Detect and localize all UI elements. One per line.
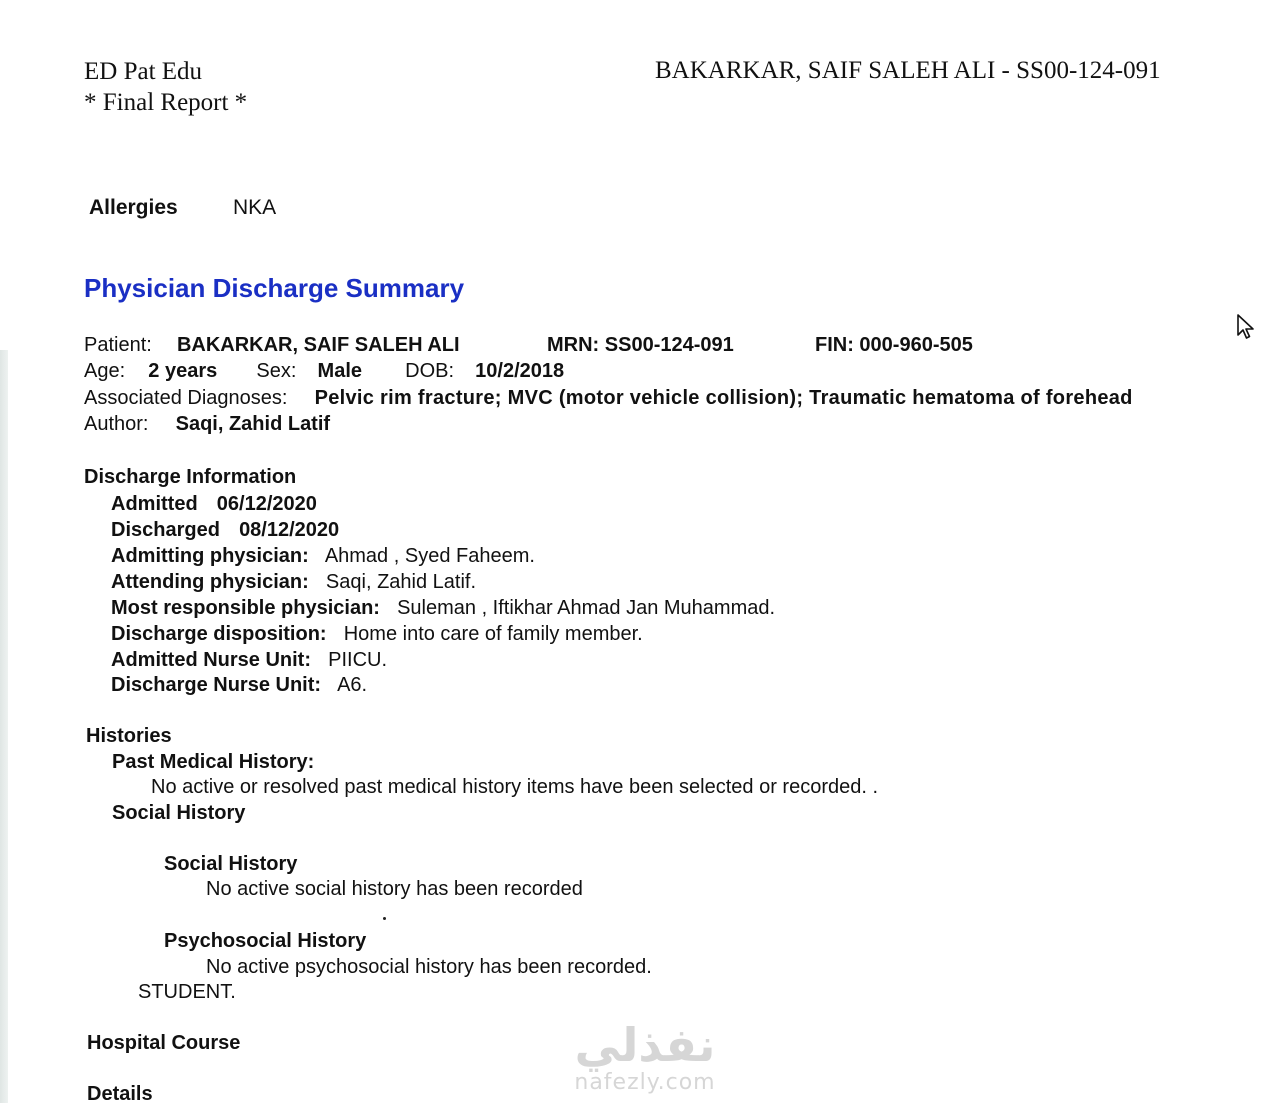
stray-dot: [383, 917, 386, 920]
admitted-nurse-unit-label: Admitted Nurse Unit:: [111, 649, 311, 671]
discharge-admitting-physician: Admitting physician: Ahmad , Syed Faheem…: [111, 545, 535, 568]
psychosocial-history-value: No active psychosocial history has been …: [206, 956, 652, 979]
patient-name: BAKARKAR, SAIF SALEH ALI: [177, 334, 460, 356]
social-history-value: No active social history has been record…: [206, 878, 583, 901]
author-value: Saqi, Zahid Latif: [176, 413, 330, 435]
report-status: * Final Report *: [84, 89, 247, 117]
admitting-physician-value: Ahmad , Syed Faheem.: [325, 545, 535, 567]
patient-banner: BAKARKAR, SAIF SALEH ALI - SS00-124-091: [655, 57, 1161, 85]
discharge-admitted-nurse-unit: Admitted Nurse Unit: PIICU.: [111, 649, 387, 672]
past-medical-history-label: Past Medical History:: [112, 751, 314, 774]
histories-heading: Histories: [86, 725, 172, 748]
page-edge-shadow: [0, 350, 8, 1103]
mrn: MRN: SS00-124-091: [547, 334, 734, 357]
demographics-row: Age: 2 years Sex: Male DOB: 10/2/2018: [84, 360, 564, 383]
dob-value: 10/2/2018: [475, 360, 564, 382]
discharge-disposition-value: Home into care of family member.: [344, 623, 643, 645]
sex-value: Male: [318, 360, 362, 382]
mouse-cursor-icon: [1236, 313, 1256, 341]
discharge-most-responsible-physician: Most responsible physician: Suleman , If…: [111, 597, 775, 620]
most-responsible-physician-label: Most responsible physician:: [111, 597, 380, 619]
discharge-info-heading: Discharge Information: [84, 466, 296, 489]
attending-physician-label: Attending physician:: [111, 571, 309, 593]
admitting-physician-label: Admitting physician:: [111, 545, 309, 567]
past-medical-history-value: No active or resolved past medical histo…: [151, 776, 878, 799]
discharged-label: Discharged: [111, 519, 220, 541]
occupation: STUDENT.: [138, 981, 236, 1004]
sex-label: Sex:: [256, 360, 296, 382]
discharge-nurse-unit-label: Discharge Nurse Unit:: [111, 674, 321, 696]
admitted-label: Admitted: [111, 493, 198, 515]
document-type: ED Pat Edu: [84, 58, 202, 86]
watermark-latin: nafezly.com: [560, 1070, 730, 1096]
patient-row: Patient: BAKARKAR, SAIF SALEH ALI: [84, 334, 460, 357]
dob-label: DOB:: [405, 360, 454, 382]
allergies-label: Allergies: [89, 196, 178, 220]
diagnoses-row: Associated Diagnoses: Pelvic rim fractur…: [84, 387, 1133, 410]
discharge-nurse-unit-value: A6.: [337, 674, 367, 696]
age-label: Age:: [84, 360, 125, 382]
social-history-sub-label: Social History: [164, 853, 297, 876]
discharged-value: 08/12/2020: [239, 519, 339, 541]
discharge-attending-physician: Attending physician: Saqi, Zahid Latif.: [111, 571, 476, 594]
page-title: Physician Discharge Summary: [84, 273, 464, 304]
admitted-value: 06/12/2020: [217, 493, 317, 515]
discharge-discharged: Discharged 08/12/2020: [111, 519, 339, 542]
watermark: نفذلي nafezly.com: [560, 1020, 730, 1096]
hospital-course-heading: Hospital Course: [87, 1032, 240, 1055]
diagnoses-value: Pelvic rim fracture; MVC (motor vehicle …: [315, 387, 1133, 409]
details-heading: Details: [87, 1083, 153, 1103]
diagnoses-label: Associated Diagnoses:: [84, 387, 287, 409]
social-history-label: Social History: [112, 802, 245, 825]
watermark-arabic: نفذلي: [560, 1020, 730, 1070]
psychosocial-history-label: Psychosocial History: [164, 930, 366, 953]
patient-label: Patient:: [84, 334, 152, 356]
age-value: 2 years: [148, 360, 217, 382]
author-label: Author:: [84, 413, 148, 435]
fin: FIN: 000-960-505: [815, 334, 973, 357]
allergies-value: NKA: [233, 196, 276, 220]
discharge-admitted: Admitted 06/12/2020: [111, 493, 317, 516]
discharge-nurse-unit: Discharge Nurse Unit: A6.: [111, 674, 367, 697]
discharge-disposition: Discharge disposition: Home into care of…: [111, 623, 643, 646]
author-row: Author: Saqi, Zahid Latif: [84, 413, 330, 436]
discharge-disposition-label: Discharge disposition:: [111, 623, 327, 645]
admitted-nurse-unit-value: PIICU.: [328, 649, 387, 671]
most-responsible-physician-value: Suleman , Iftikhar Ahmad Jan Muhammad.: [397, 597, 775, 619]
attending-physician-value: Saqi, Zahid Latif.: [326, 571, 476, 593]
